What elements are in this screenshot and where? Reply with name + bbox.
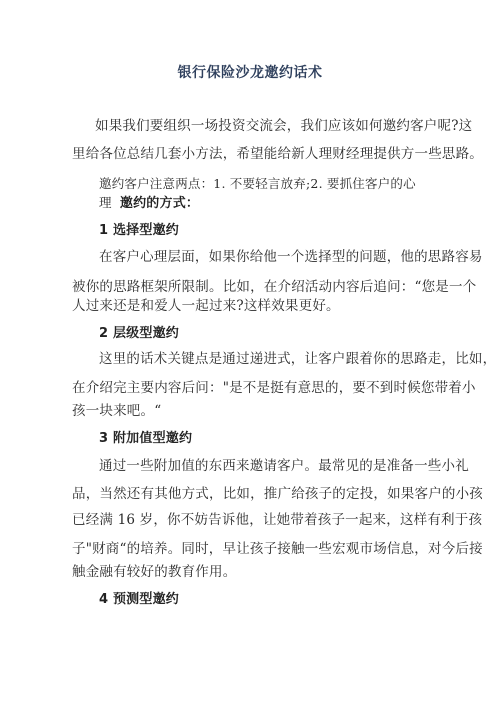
section-2-line-2: 在介绍完主要内容后问："是不是挺有意思的，要不到时候您带着小 — [72, 380, 476, 396]
section-3-line-5: 触金融有较好的教育作用。 — [72, 564, 236, 580]
section-heading-4: 4 预测型邀约 — [99, 592, 179, 608]
section-3-line-1: 通过一些附加值的东西来邀请客户。最常见的是准备一些小礼 — [99, 458, 469, 474]
methods-heading: 邀约的方式： — [120, 196, 199, 211]
intro-line-1: 如果我们要组织一场投资交流会，我们应该如何邀约客户呢?这 — [95, 118, 472, 134]
section-1-line-1: 在客户心理层面，如果你给他一个选择型的问题，他的思路容易 — [99, 249, 483, 265]
section-1-line-2: 被你的思路框架所限制。比如，在介绍活动内容后追问：“您是一个 — [72, 279, 476, 295]
section-2-line-1: 这里的话术关键点是通过递进式，让客户跟着你的思路走，比如， — [99, 351, 496, 367]
section-2-line-3: 孩一块来吧。“ — [72, 403, 161, 419]
notes-line-2-text: 理 — [99, 195, 112, 210]
section-1-line-3: 人过来还是和爱人一起过来?这样效果更好。 — [72, 298, 340, 314]
section-3-line-2: 品，当然还有其他方式，比如，推广给孩子的定投，如果客户的小孩 — [72, 486, 483, 502]
intro-line-2: 里给各位总结几套小方法，希望能给新人理财经理提供方一些思路。 — [72, 146, 483, 162]
document-title: 银行保险沙龙邀约话术 — [0, 62, 500, 82]
section-3-line-4: 子"财商“的培养。同时，早让孩子接触一些宏观市场信息，对今后接 — [72, 541, 483, 557]
section-heading-3: 3 附加值型邀约 — [99, 431, 192, 447]
section-heading-1: 1 选择型邀约 — [99, 223, 179, 239]
notes-line-2: 理 邀约的方式： — [99, 195, 199, 212]
notes-line-1: 邀约客户注意两点：1. 不要轻言放弃;2. 要抓住客户的心 — [99, 176, 416, 192]
section-heading-2: 2 层级型邀约 — [99, 326, 179, 342]
section-3-line-3: 已经满 16 岁，你不妨告诉他，让她带着孩子一起来，这样有利于孩 — [72, 512, 482, 528]
